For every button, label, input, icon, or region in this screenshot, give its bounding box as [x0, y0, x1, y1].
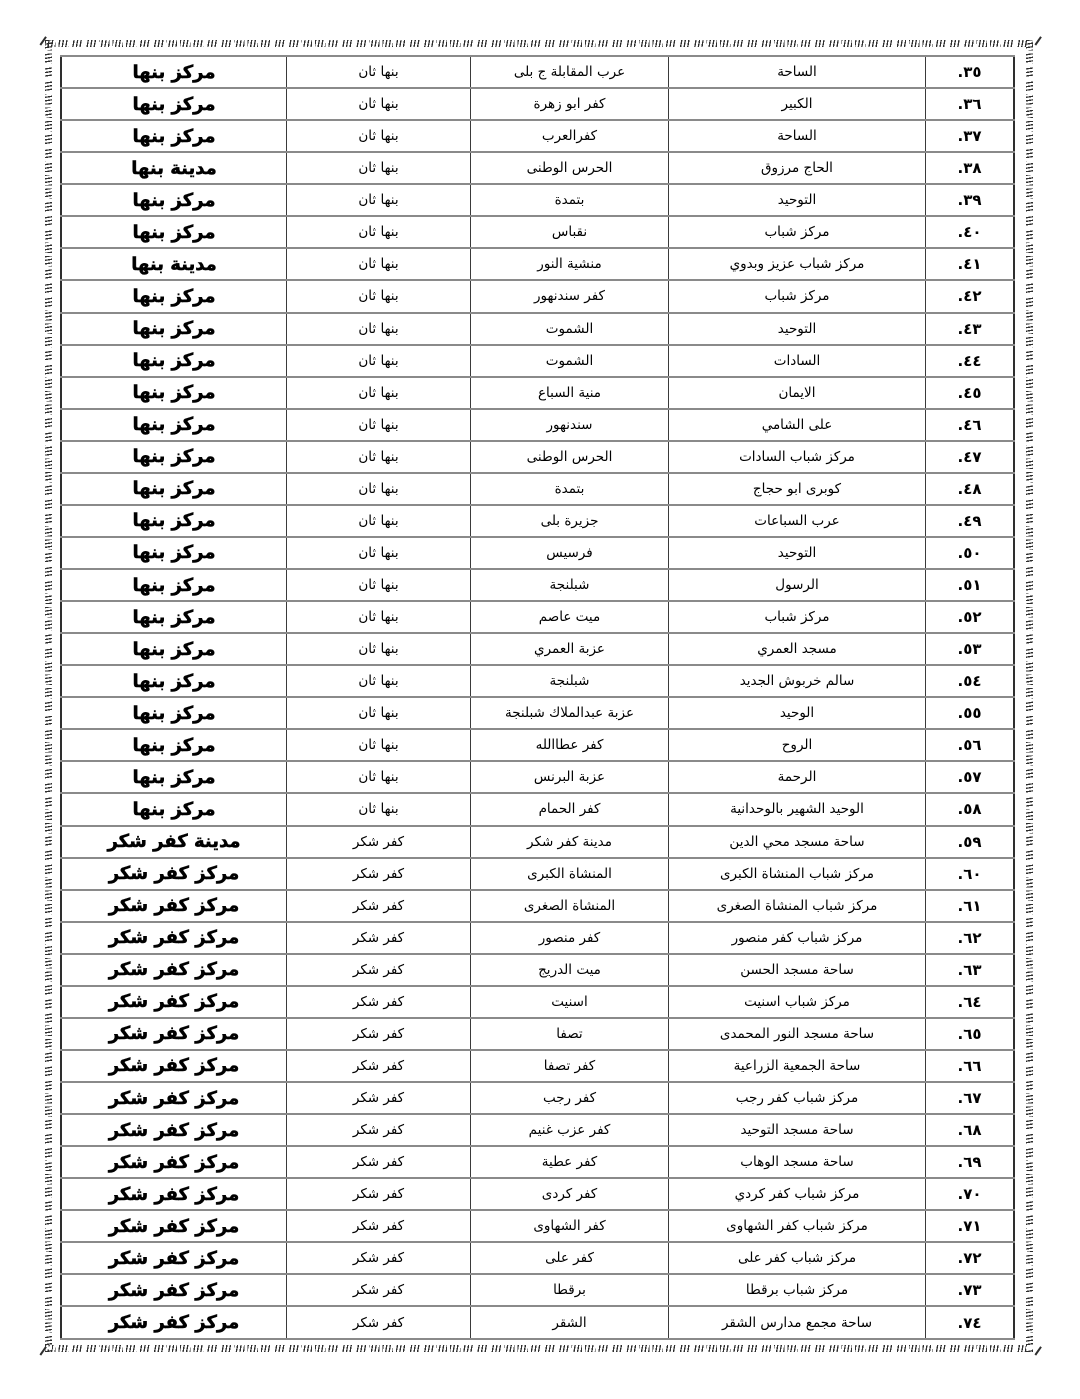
cell-district: بنها ثان — [287, 184, 471, 216]
cell-district: بنها ثان — [287, 473, 471, 505]
cell-site-name: مركز شباب — [669, 601, 926, 633]
cell-district: كفر شكر — [287, 1178, 471, 1210]
table-row: ٣٧.الساحةكفرالعرببنها ثانمركز بنها — [61, 120, 1014, 152]
table-row: ٦٣.ساحة مسجد الحسنميت الدريجكفر شكرمركز … — [61, 954, 1014, 986]
cell-district: بنها ثان — [287, 248, 471, 280]
cell-district: كفر شكر — [287, 1306, 471, 1339]
cell-district: كفر شكر — [287, 1242, 471, 1274]
table-row: ٤١.مركز شباب عزيز وبدويمنشية النوربنها ث… — [61, 248, 1014, 280]
cell-site-name: ساحة مجمع مدارس الشقر — [669, 1306, 926, 1339]
cell-village: منشية النور — [471, 248, 669, 280]
page-border-top — [45, 40, 1033, 47]
cell-village: عزبة العمري — [471, 633, 669, 665]
table-row: ٤٩.عرب السباعاتجزيرة بلىبنها ثانمركز بنه… — [61, 505, 1014, 537]
cell-site-name: السادات — [669, 345, 926, 377]
cell-center: مركز كفر شكر — [61, 1178, 287, 1210]
cell-village: بتمدة — [471, 473, 669, 505]
cell-serial-number: ٤٤. — [926, 345, 1015, 377]
cell-district: بنها ثان — [287, 280, 471, 312]
cell-district: بنها ثان — [287, 216, 471, 248]
cell-district: بنها ثان — [287, 761, 471, 793]
cell-site-name: الرسول — [669, 569, 926, 601]
cell-serial-number: ٣٩. — [926, 184, 1015, 216]
table-row: ٤٣.التوحيدالشموتبنها ثانمركز بنها — [61, 313, 1014, 345]
table-row: ٥٩.ساحة مسجد محي الدينمدينة كفر شكركفر ش… — [61, 826, 1014, 858]
cell-center: مركز كفر شكر — [61, 1146, 287, 1178]
cell-district: بنها ثان — [287, 409, 471, 441]
cell-site-name: مسجد العمري — [669, 633, 926, 665]
table-row: ٤٨.كوبرى ابو حجاجبتمدةبنها ثانمركز بنها — [61, 473, 1014, 505]
cell-serial-number: ٣٦. — [926, 88, 1015, 120]
cell-district: بنها ثان — [287, 569, 471, 601]
cell-serial-number: ٥٢. — [926, 601, 1015, 633]
cell-site-name: سالم خربوش الجديد — [669, 665, 926, 697]
cell-district: بنها ثان — [287, 633, 471, 665]
cell-center: مركز كفر شكر — [61, 1018, 287, 1050]
page-border-right — [1026, 40, 1033, 1352]
cell-site-name: الروح — [669, 729, 926, 761]
table-row: ٤٤.الساداتالشموتبنها ثانمركز بنها — [61, 345, 1014, 377]
cell-district: بنها ثان — [287, 665, 471, 697]
cell-serial-number: ٦٩. — [926, 1146, 1015, 1178]
table-row: ٧٣.مركز شباب برقطابرقطاكفر شكرمركز كفر ش… — [61, 1274, 1014, 1306]
cell-serial-number: ٦٣. — [926, 954, 1015, 986]
page-border-bottom — [45, 1345, 1033, 1352]
cell-center: مدينة بنها — [61, 152, 287, 184]
cell-serial-number: ٦٤. — [926, 986, 1015, 1018]
cell-district: كفر شكر — [287, 986, 471, 1018]
cell-center: مركز بنها — [61, 184, 287, 216]
cell-site-name: ساحة مسجد النور المحمدى — [669, 1018, 926, 1050]
cell-site-name: مركز شباب اسنيت — [669, 986, 926, 1018]
cell-site-name: ساحة مسجد محي الدين — [669, 826, 926, 858]
cell-serial-number: ٥٨. — [926, 793, 1015, 825]
table-row: ٧٤.ساحة مجمع مدارس الشقرالشقركفر شكرمركز… — [61, 1306, 1014, 1339]
cell-site-name: مركز شباب كفر على — [669, 1242, 926, 1274]
cell-site-name: الرحمة — [669, 761, 926, 793]
table-row: ٤٢.مركز شبابكفر سندنهوربنها ثانمركز بنها — [61, 280, 1014, 312]
table-row: ٥٧.الرحمةعزبة البرنسبنها ثانمركز بنها — [61, 761, 1014, 793]
cell-serial-number: ٥١. — [926, 569, 1015, 601]
cell-village: مدينة كفر شكر — [471, 826, 669, 858]
cell-district: بنها ثان — [287, 152, 471, 184]
cell-serial-number: ٦٢. — [926, 922, 1015, 954]
cell-center: مركز كفر شكر — [61, 1274, 287, 1306]
cell-serial-number: ٤٩. — [926, 505, 1015, 537]
cell-serial-number: ٥٦. — [926, 729, 1015, 761]
cell-site-name: الساحة — [669, 56, 926, 88]
table-row: ٧٠.مركز شباب كفر كرديكفر كردىكفر شكرمركز… — [61, 1178, 1014, 1210]
table-row: ٥٦.الروحكفر عطااللهبنها ثانمركز بنها — [61, 729, 1014, 761]
table-row: ٦١.مركز شباب المنشاة الصغرىالمنشاة الصغر… — [61, 890, 1014, 922]
cell-serial-number: ٥٣. — [926, 633, 1015, 665]
cell-serial-number: ٣٥. — [926, 56, 1015, 88]
cell-center: مركز كفر شكر — [61, 1306, 287, 1339]
cell-center: مركز كفر شكر — [61, 1082, 287, 1114]
cell-site-name: كوبرى ابو حجاج — [669, 473, 926, 505]
table-row: ٥٤.سالم خربوش الجديدشبلنجةبنها ثانمركز ب… — [61, 665, 1014, 697]
cell-center: مركز كفر شكر — [61, 954, 287, 986]
cell-center: مركز بنها — [61, 280, 287, 312]
cell-center: مركز بنها — [61, 441, 287, 473]
cell-district: بنها ثان — [287, 120, 471, 152]
cell-district: بنها ثان — [287, 441, 471, 473]
cell-village: الشقر — [471, 1306, 669, 1339]
cell-center: مركز بنها — [61, 569, 287, 601]
cell-village: كفرالعرب — [471, 120, 669, 152]
cell-center: مركز بنها — [61, 345, 287, 377]
cell-village: كفر الحمام — [471, 793, 669, 825]
table-row: ٦٨.ساحة مسجد التوحيدكفر عزب غنيمكفر شكرم… — [61, 1114, 1014, 1146]
cell-center: مركز بنها — [61, 793, 287, 825]
cell-village: بتمدة — [471, 184, 669, 216]
cell-site-name: التوحيد — [669, 313, 926, 345]
cell-village: الحرس الوطنى — [471, 152, 669, 184]
document-page: { "colors": { "text": "#000000", "grid-h… — [0, 0, 1080, 1399]
cell-site-name: ساحة مسجد الوهاب — [669, 1146, 926, 1178]
cell-site-name: الوحيد — [669, 697, 926, 729]
cell-district: بنها ثان — [287, 729, 471, 761]
cell-site-name: ساحة مسجد التوحيد — [669, 1114, 926, 1146]
cell-village: الشموت — [471, 345, 669, 377]
cell-village: كفر تصفا — [471, 1050, 669, 1082]
cell-village: فرسيس — [471, 537, 669, 569]
cell-center: مركز بنها — [61, 601, 287, 633]
cell-district: بنها ثان — [287, 377, 471, 409]
cell-village: جزيرة بلى — [471, 505, 669, 537]
cell-site-name: عرب السباعات — [669, 505, 926, 537]
cell-village: اسنيت — [471, 986, 669, 1018]
table-row: ٦٠.مركز شباب المنشاة الكبرىالمنشاة الكبر… — [61, 858, 1014, 890]
cell-site-name: مركز شباب السادات — [669, 441, 926, 473]
cell-serial-number: ٤٧. — [926, 441, 1015, 473]
cell-center: مركز بنها — [61, 633, 287, 665]
table-row: ٦٢.مركز شباب كفر منصوركفر منصوركفر شكرمر… — [61, 922, 1014, 954]
page-border-corner-mark — [1034, 36, 1041, 45]
cell-center: مركز كفر شكر — [61, 1242, 287, 1274]
cell-village: الشموت — [471, 313, 669, 345]
cell-site-name: مركز شباب عزيز وبدوي — [669, 248, 926, 280]
table-row: ٣٥.الساحةعرب المقابلة ج بلىبنها ثانمركز … — [61, 56, 1014, 88]
cell-site-name: مركز شباب المنشاة الكبرى — [669, 858, 926, 890]
cell-serial-number: ٥٩. — [926, 826, 1015, 858]
table-row: ٥٥.الوحيدعزبة عبدالملاك شبلنجةبنها ثانمر… — [61, 697, 1014, 729]
cell-center: مركز كفر شكر — [61, 890, 287, 922]
cell-serial-number: ٧٣. — [926, 1274, 1015, 1306]
cell-village: الحرس الوطنى — [471, 441, 669, 473]
cell-center: مدينة بنها — [61, 248, 287, 280]
cell-village: برقطا — [471, 1274, 669, 1306]
cell-center: مركز كفر شكر — [61, 986, 287, 1018]
cell-site-name: مركز شباب كفر كردي — [669, 1178, 926, 1210]
table-row: ٦٦.ساحة الجمعية الزراعيةكفر تصفاكفر شكرم… — [61, 1050, 1014, 1082]
cell-district: بنها ثان — [287, 537, 471, 569]
table-row: ٧٢.مركز شباب كفر علىكفر علىكفر شكرمركز ك… — [61, 1242, 1014, 1274]
cell-district: كفر شكر — [287, 890, 471, 922]
cell-center: مركز بنها — [61, 537, 287, 569]
cell-village: عزبة البرنس — [471, 761, 669, 793]
cell-serial-number: ٤٨. — [926, 473, 1015, 505]
cell-center: مركز كفر شكر — [61, 858, 287, 890]
cell-serial-number: ٥٤. — [926, 665, 1015, 697]
cell-district: بنها ثان — [287, 601, 471, 633]
table-row: ٥٨.الوحيد الشهير بالوحدانيةكفر الحمامبنه… — [61, 793, 1014, 825]
table-body: ٣٥.الساحةعرب المقابلة ج بلىبنها ثانمركز … — [61, 56, 1014, 1339]
cell-center: مركز بنها — [61, 377, 287, 409]
table-row: ٥٢.مركز شبابميت عاصمبنها ثانمركز بنها — [61, 601, 1014, 633]
cell-site-name: مركز شباب المنشاة الصغرى — [669, 890, 926, 922]
cell-center: مركز بنها — [61, 665, 287, 697]
cell-village: كفر الشهاوى — [471, 1210, 669, 1242]
cell-village: عرب المقابلة ج بلى — [471, 56, 669, 88]
cell-district: كفر شكر — [287, 858, 471, 890]
cell-village: نقباس — [471, 216, 669, 248]
cell-district: كفر شكر — [287, 826, 471, 858]
cell-site-name: التوحيد — [669, 537, 926, 569]
cell-district: بنها ثان — [287, 88, 471, 120]
cell-village: ميت الدريج — [471, 954, 669, 986]
cell-village: كفر عطاالله — [471, 729, 669, 761]
table-row: ٤٧.مركز شباب الساداتالحرس الوطنىبنها ثان… — [61, 441, 1014, 473]
cell-village: كفر ابو زهرة — [471, 88, 669, 120]
cell-district: كفر شكر — [287, 1274, 471, 1306]
table-row: ٣٨.الحاج مرزوقالحرس الوطنىبنها ثانمدينة … — [61, 152, 1014, 184]
table-row: ٥١.الرسولشبلنجةبنها ثانمركز بنها — [61, 569, 1014, 601]
cell-serial-number: ٤١. — [926, 248, 1015, 280]
cell-village: كفر رجب — [471, 1082, 669, 1114]
cell-district: كفر شكر — [287, 1082, 471, 1114]
cell-district: بنها ثان — [287, 345, 471, 377]
cell-village: المنشاة الكبرى — [471, 858, 669, 890]
cell-site-name: مركز شباب كفر الشهاوى — [669, 1210, 926, 1242]
cell-district: كفر شكر — [287, 954, 471, 986]
cell-site-name: الكبير — [669, 88, 926, 120]
table-row: ٥٠.التوحيدفرسيسبنها ثانمركز بنها — [61, 537, 1014, 569]
cell-site-name: مركز شباب — [669, 280, 926, 312]
cell-village: كفر كردى — [471, 1178, 669, 1210]
cell-serial-number: ٤٢. — [926, 280, 1015, 312]
cell-district: بنها ثان — [287, 313, 471, 345]
table-row: ٤٦.على الشاميسندنهوربنها ثانمركز بنها — [61, 409, 1014, 441]
cell-center: مركز بنها — [61, 88, 287, 120]
cell-serial-number: ٣٧. — [926, 120, 1015, 152]
cell-village: كفر منصور — [471, 922, 669, 954]
cell-center: مركز بنها — [61, 313, 287, 345]
cell-center: مركز بنها — [61, 761, 287, 793]
table-row: ٦٩.ساحة مسجد الوهابكفر عطيةكفر شكرمركز ك… — [61, 1146, 1014, 1178]
cell-center: مركز بنها — [61, 56, 287, 88]
cell-serial-number: ٥٠. — [926, 537, 1015, 569]
table-row: ٧١.مركز شباب كفر الشهاوىكفر الشهاوىكفر ش… — [61, 1210, 1014, 1242]
cell-serial-number: ٤٣. — [926, 313, 1015, 345]
cell-serial-number: ٦٦. — [926, 1050, 1015, 1082]
cell-serial-number: ٤٥. — [926, 377, 1015, 409]
cell-center: مركز بنها — [61, 120, 287, 152]
locations-table: ٣٥.الساحةعرب المقابلة ج بلىبنها ثانمركز … — [60, 55, 1015, 1340]
cell-serial-number: ٧٠. — [926, 1178, 1015, 1210]
cell-district: بنها ثان — [287, 56, 471, 88]
table-row: ٣٩.التوحيدبتمدةبنها ثانمركز بنها — [61, 184, 1014, 216]
cell-district: كفر شكر — [287, 1146, 471, 1178]
cell-serial-number: ٤٠. — [926, 216, 1015, 248]
table-row: ٦٧.مركز شباب كفر رجبكفر رجبكفر شكرمركز ك… — [61, 1082, 1014, 1114]
cell-serial-number: ٦٥. — [926, 1018, 1015, 1050]
cell-district: كفر شكر — [287, 1018, 471, 1050]
cell-serial-number: ٦٨. — [926, 1114, 1015, 1146]
cell-center: مركز بنها — [61, 697, 287, 729]
cell-district: بنها ثان — [287, 697, 471, 729]
cell-site-name: الايمان — [669, 377, 926, 409]
cell-village: كفر عزب غنيم — [471, 1114, 669, 1146]
cell-district: كفر شكر — [287, 1114, 471, 1146]
table-row: ٤٠.مركز شبابنقباسبنها ثانمركز بنها — [61, 216, 1014, 248]
cell-district: كفر شكر — [287, 1050, 471, 1082]
cell-site-name: على الشامي — [669, 409, 926, 441]
table-row: ٦٥.ساحة مسجد النور المحمدىتصفاكفر شكرمرك… — [61, 1018, 1014, 1050]
cell-site-name: مركز شباب كفر رجب — [669, 1082, 926, 1114]
table-row: ٥٣.مسجد العمريعزبة العمريبنها ثانمركز بن… — [61, 633, 1014, 665]
cell-village: شبلنجة — [471, 665, 669, 697]
cell-village: ميت عاصم — [471, 601, 669, 633]
cell-site-name: مركز شباب برقطا — [669, 1274, 926, 1306]
cell-district: كفر شكر — [287, 1210, 471, 1242]
cell-center: مركز كفر شكر — [61, 1114, 287, 1146]
cell-serial-number: ٧١. — [926, 1210, 1015, 1242]
cell-center: مركز بنها — [61, 409, 287, 441]
cell-serial-number: ٦١. — [926, 890, 1015, 922]
cell-village: كفر على — [471, 1242, 669, 1274]
cell-center: مركز كفر شكر — [61, 1210, 287, 1242]
table-row: ٣٦.الكبيركفر ابو زهرةبنها ثانمركز بنها — [61, 88, 1014, 120]
cell-site-name: ساحة مسجد الحسن — [669, 954, 926, 986]
cell-serial-number: ٤٦. — [926, 409, 1015, 441]
cell-site-name: التوحيد — [669, 184, 926, 216]
cell-site-name: الوحيد الشهير بالوحدانية — [669, 793, 926, 825]
cell-site-name: مركز شباب — [669, 216, 926, 248]
cell-district: بنها ثان — [287, 793, 471, 825]
cell-serial-number: ٧٢. — [926, 1242, 1015, 1274]
cell-serial-number: ٦٠. — [926, 858, 1015, 890]
cell-serial-number: ٥٥. — [926, 697, 1015, 729]
cell-serial-number: ٧٤. — [926, 1306, 1015, 1339]
cell-district: بنها ثان — [287, 505, 471, 537]
cell-center: مركز بنها — [61, 729, 287, 761]
cell-village: تصفا — [471, 1018, 669, 1050]
cell-center: مركز بنها — [61, 505, 287, 537]
cell-site-name: ساحة الجمعية الزراعية — [669, 1050, 926, 1082]
cell-center: مركز كفر شكر — [61, 922, 287, 954]
cell-center: مركز بنها — [61, 216, 287, 248]
cell-center: مركز كفر شكر — [61, 1050, 287, 1082]
cell-site-name: الساحة — [669, 120, 926, 152]
cell-village: كفر عطية — [471, 1146, 669, 1178]
cell-center: مدينة كفر شكر — [61, 826, 287, 858]
cell-center: مركز بنها — [61, 473, 287, 505]
cell-serial-number: ٣٨. — [926, 152, 1015, 184]
page-border-left — [45, 40, 52, 1352]
table-row: ٤٥.الايمانمنية السباعبنها ثانمركز بنها — [61, 377, 1014, 409]
page-border-corner-mark — [1034, 1346, 1041, 1355]
cell-village: المنشاة الصغرى — [471, 890, 669, 922]
cell-serial-number: ٦٧. — [926, 1082, 1015, 1114]
cell-village: منية السباع — [471, 377, 669, 409]
cell-district: كفر شكر — [287, 922, 471, 954]
cell-village: شبلنجة — [471, 569, 669, 601]
cell-serial-number: ٥٧. — [926, 761, 1015, 793]
cell-village: عزبة عبدالملاك شبلنجة — [471, 697, 669, 729]
table-row: ٦٤.مركز شباب اسنيتاسنيتكفر شكرمركز كفر ش… — [61, 986, 1014, 1018]
cell-site-name: الحاج مرزوق — [669, 152, 926, 184]
cell-site-name: مركز شباب كفر منصور — [669, 922, 926, 954]
cell-village: سندنهور — [471, 409, 669, 441]
cell-village: كفر سندنهور — [471, 280, 669, 312]
